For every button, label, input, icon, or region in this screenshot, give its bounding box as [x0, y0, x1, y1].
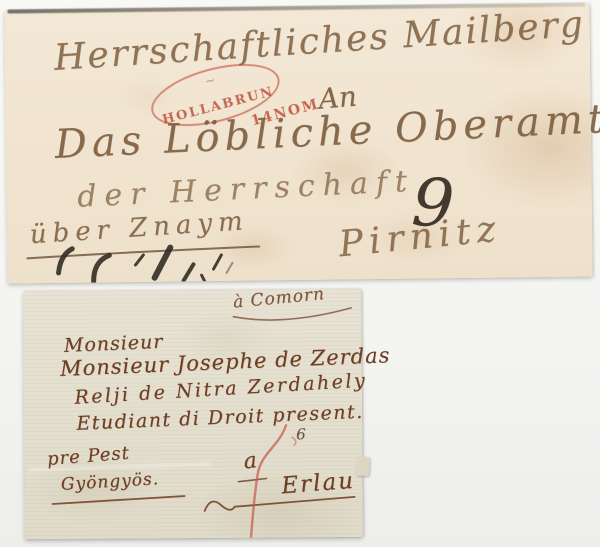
paper-tab [356, 457, 370, 477]
handwriting-destination: Pirnitz [337, 208, 503, 265]
handwriting-number: 6 [296, 425, 306, 443]
handwriting-origin-note: à Comorn [232, 284, 326, 313]
handwriting-route-line: über Znaym [29, 206, 250, 250]
handwriting-destination-erlau: Erlau [280, 468, 355, 500]
handwriting-herrschaft-line: Herrschaftliches Mailberg [53, 4, 586, 79]
bottom-letter-cover: à Comorn Monsieur Monsieur Josephe de Ze… [23, 289, 363, 539]
handwriting-via: pre Pest [46, 443, 130, 470]
scan-background: Herrschaftliches Mailberg ~ HOLLABRUN 14… [0, 0, 600, 547]
handwriting-via-town: Gyöngyös. [60, 469, 159, 495]
top-letter-cover: Herrschaftliches Mailberg ~ HOLLABRUN 14… [4, 3, 592, 283]
handwriting-preposition-a: a [242, 448, 258, 474]
